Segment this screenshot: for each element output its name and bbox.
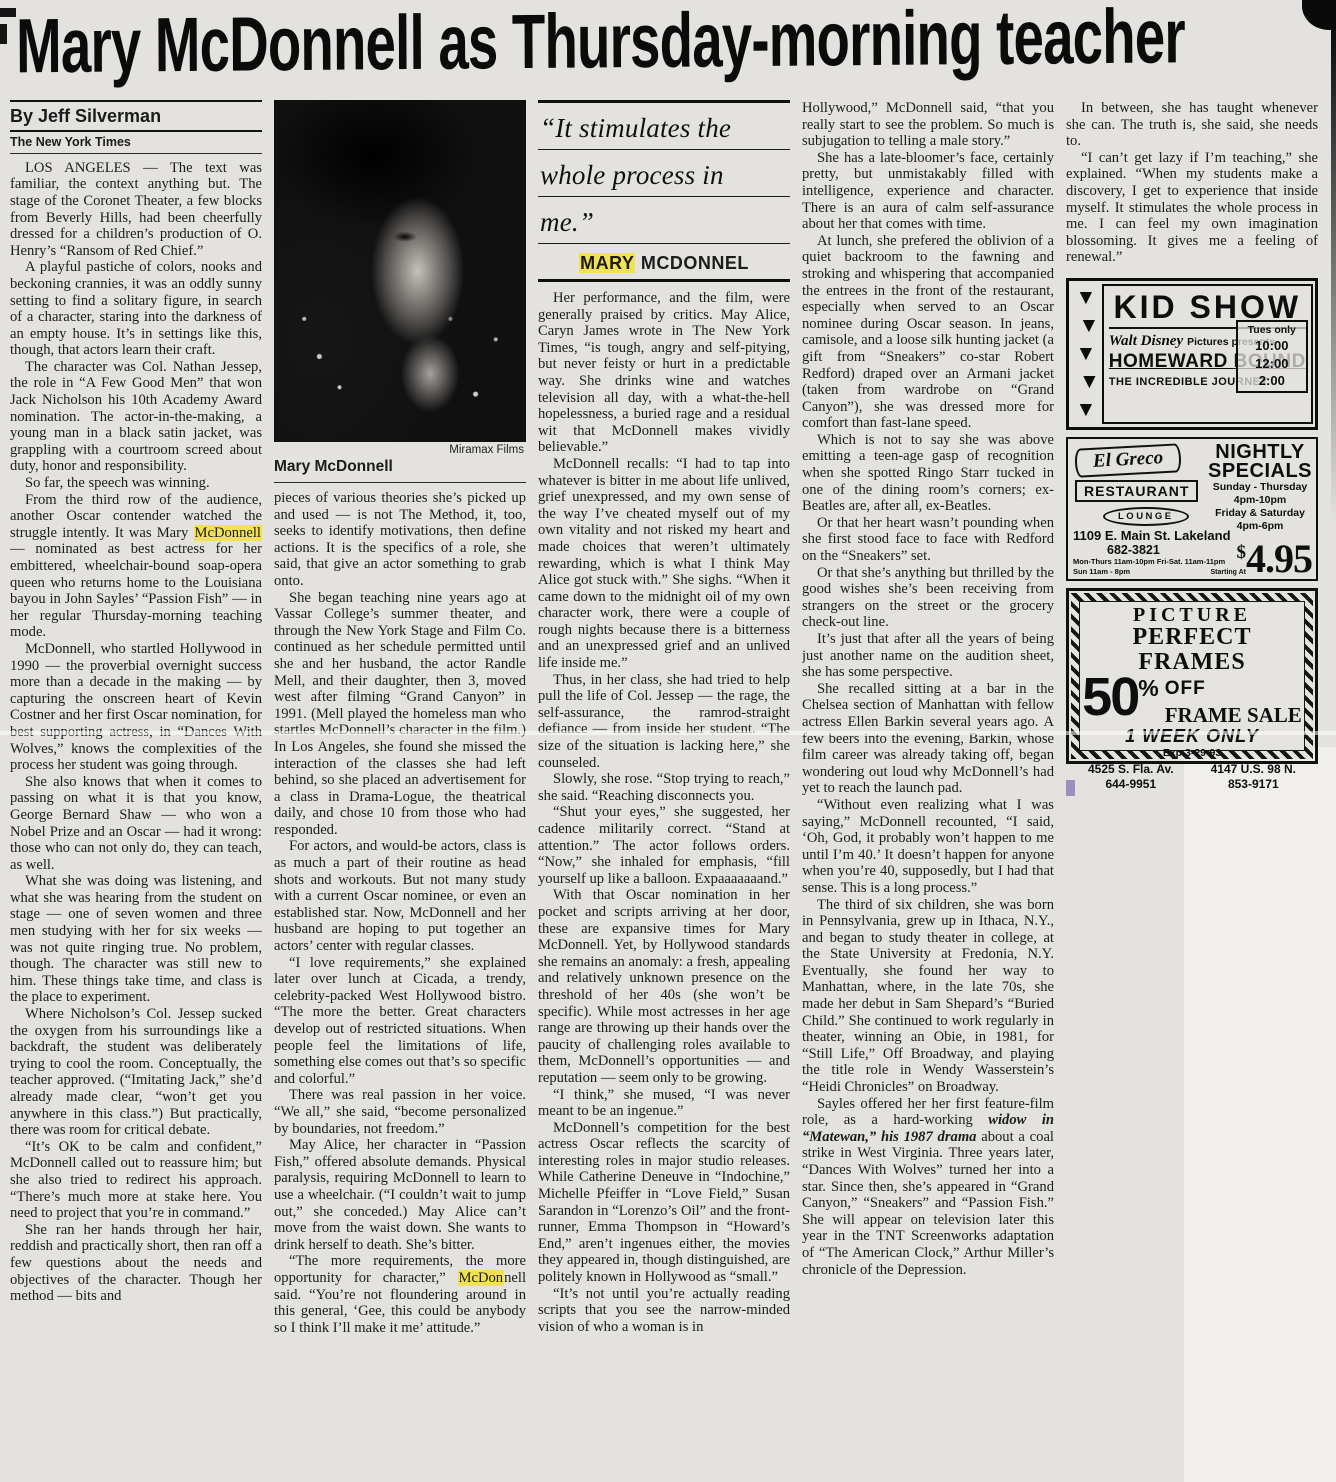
byline-block: By Jeff Silverman The New York Times <box>10 100 262 154</box>
triangle-icon: ▼ <box>1079 371 1100 392</box>
pull-quote-attribution: MARY MCDONNEL <box>538 244 790 282</box>
showtime: 10:00 <box>1240 337 1304 355</box>
paragraph: “I can’t get lazy if I’m teaching,” she … <box>1066 150 1318 266</box>
paragraph: McDonnell’s competition for the best act… <box>538 1120 790 1286</box>
locations: 4525 S. Fla. Av. 644-9951 4147 U.S. 98 N… <box>1082 760 1302 792</box>
discount-row: 50 % OFF FRAME SALE <box>1082 675 1302 726</box>
text-segment: McDonnell recalls: “I had to tap into wh… <box>538 456 790 671</box>
paragraph: She began teaching nine years ago at Vas… <box>274 590 526 839</box>
text-segment: Her performance, and the film, were gene… <box>538 290 790 455</box>
text-segment: Hollywood,” McDonnell said, “that you re… <box>802 100 1054 149</box>
location: 4525 S. Fla. Av. 644-9951 <box>1088 762 1174 792</box>
photo-credit: Miramax Films <box>274 442 526 456</box>
paragraph: Where Nicholson’s Col. Jessep sucked the… <box>10 1006 262 1139</box>
off-sale-group: OFF FRAME SALE <box>1165 675 1302 726</box>
text-segment: With that Oscar nomination in her pocket… <box>538 887 790 1086</box>
showtimes-box: Tues only 10:00 12:00 2:00 <box>1236 320 1308 393</box>
paragraph: She has a late-bloomer’s face, certainly… <box>802 150 1054 233</box>
scan-artifact-mark <box>0 8 16 17</box>
text-segment: Which is not to say she was above emitti… <box>802 432 1054 514</box>
triangle-icon: ▼ <box>1076 287 1097 308</box>
triangle-icon-strip: ▼ ▼ ▼ ▼ ▼ <box>1072 284 1100 424</box>
photo-caption: Mary McDonnell <box>274 456 526 483</box>
scan-artifact-mark <box>1066 780 1075 796</box>
text-segment: She also knows that when it comes to pas… <box>10 774 262 873</box>
text-segment: In between, she has taught whenever she … <box>1066 100 1318 149</box>
highlighted-text: McDonnell <box>194 525 262 541</box>
paragraph: Hollywood,” McDonnell said, “that you re… <box>802 100 1054 150</box>
paragraph: Slowly, she rose. “Stop trying to reach,… <box>538 771 790 804</box>
text-segment: What she was doing was listening, and wh… <box>10 873 262 1005</box>
photo-mary-mcdonnell <box>274 100 526 442</box>
text-segment: “I think,” she mused, “I was never meant… <box>538 1087 790 1120</box>
text-segment: LOS ANGELES — The text was familiar, the… <box>10 160 262 259</box>
paragraph: “I love requirements,” she explained lat… <box>274 955 526 1088</box>
photo-block: Miramax Films Mary McDonnell <box>274 100 526 483</box>
price-amount: 4.95 <box>1246 536 1312 581</box>
column-4: Hollywood,” McDonnell said, “that you re… <box>802 100 1054 1482</box>
text-segment: The third of six children, she was born … <box>802 897 1054 1096</box>
text-segment: May Alice, her character in “Passion Fis… <box>274 1137 526 1253</box>
page-title: Mary McDonnell as Thursday-morning teach… <box>16 0 1185 90</box>
text-segment: So far, the speech was winning. <box>25 475 210 491</box>
paragraph: There was real passion in her voice. “We… <box>274 1087 526 1137</box>
phone-number: 644-9951 <box>1088 777 1174 792</box>
paragraph: What she was doing was listening, and wh… <box>10 873 262 1006</box>
column-1: By Jeff Silverman The New York Times LOS… <box>10 100 262 1482</box>
article-text: Hollywood,” McDonnell said, “that you re… <box>802 100 1054 1278</box>
paragraph: Her performance, and the film, were gene… <box>538 290 790 456</box>
paragraph: “It’s not until you’re actually reading … <box>538 1286 790 1336</box>
paragraph: Or that she’s anything but thrilled by t… <box>802 565 1054 631</box>
off-text: OFF <box>1165 679 1206 698</box>
paragraph: The third of six children, she was born … <box>802 897 1054 1096</box>
highlighted-text: McDon <box>458 1270 505 1286</box>
byline-source: The New York Times <box>10 132 262 154</box>
highlighted-name: MARY <box>579 253 635 273</box>
text-segment: McDonnell’s competition for the best act… <box>538 1120 790 1285</box>
paragraph: She recalled sitting at a bar in the Che… <box>802 681 1054 797</box>
price: Starting At$4.95 <box>1211 542 1313 577</box>
pull-quote-line: me.” <box>538 197 790 244</box>
text-segment: Or that she’s anything but thrilled by t… <box>802 565 1054 631</box>
text-segment: Thus, in her class, she had tried to hel… <box>538 672 790 771</box>
paragraph: “Shut your eyes,” she suggested, her cad… <box>538 804 790 887</box>
text-segment: She recalled sitting at a bar in the Che… <box>802 681 1054 797</box>
scan-artifact-band <box>0 731 1336 735</box>
paragraph: pieces of various theories she’s picked … <box>274 490 526 590</box>
specials-hours: 4pm-10pm <box>1207 494 1313 507</box>
price-label: Starting At <box>1211 569 1237 577</box>
paragraph: From the third row of the audience, anot… <box>10 492 262 641</box>
text-segment: “I love requirements,” she explained lat… <box>274 955 526 1087</box>
pull-quote-line: whole process in <box>538 150 790 197</box>
address: 4147 U.S. 98 N. <box>1211 762 1296 777</box>
paragraph: “I think,” she mused, “I was never meant… <box>538 1087 790 1120</box>
paragraph: McDonnell, who startled Hollywood in 199… <box>10 641 262 774</box>
kid-show-inner: KID SHOW Walt DisneyPictures presents HO… <box>1102 284 1313 424</box>
article-text: Her performance, and the film, were gene… <box>538 290 790 1335</box>
phone-number: 853-9171 <box>1211 777 1296 792</box>
scan-artifact-edge <box>1331 24 1336 524</box>
paragraph: Or that her heart wasn’t pounding when s… <box>802 515 1054 565</box>
restaurant-sign: RESTAURANT <box>1075 480 1198 502</box>
text-segment: She began teaching nine years ago at Vas… <box>274 590 526 838</box>
triangle-icon: ▼ <box>1076 343 1097 364</box>
article-columns: By Jeff Silverman The New York Times LOS… <box>10 100 1318 1482</box>
text-segment: “Shut your eyes,” she suggested, her cad… <box>538 804 790 886</box>
paragraph: She also knows that when it comes to pas… <box>10 774 262 874</box>
showtimes-label: Tues only <box>1240 323 1304 337</box>
pull-quote-line: “It stimulates the <box>538 103 790 150</box>
text-segment: “It’s OK to be calm and confident,” McDo… <box>10 1139 262 1221</box>
text-segment: Or that her heart wasn’t pounding when s… <box>802 515 1054 564</box>
text-segment: Where Nicholson’s Col. Jessep sucked the… <box>10 1006 262 1138</box>
paragraph: The character was Col. Nathan Jessep, th… <box>10 359 262 475</box>
percent-sign: % <box>1138 677 1158 700</box>
paragraph: Sayles offered her her first feature-fil… <box>802 1096 1054 1279</box>
paragraph: So far, the speech was winning. <box>10 475 262 492</box>
text-segment: — nominated as best actress for her embi… <box>10 541 262 640</box>
specials-days: Friday & Saturday <box>1207 507 1313 520</box>
article-text: In between, she has taught whenever she … <box>1066 100 1318 266</box>
text-segment: about a coal strike in West Virginia. Th… <box>802 1129 1054 1278</box>
el-greco-name-sign: El Greco <box>1074 443 1182 478</box>
text-segment: “I can’t get lazy if I’m teaching,” she … <box>1066 150 1318 266</box>
showtime: 2:00 <box>1240 372 1304 390</box>
triangle-icon: ▼ <box>1076 399 1097 420</box>
ad-el-greco-restaurant: El Greco RESTAURANT LOUNGE NIGHTLY SPECI… <box>1066 437 1318 581</box>
discount-percent: 50 <box>1082 675 1138 721</box>
frames-title: PICTURE <box>1082 605 1302 625</box>
ad-picture-perfect-frames: PICTURE PERFECT FRAMES 50 % OFF FRAME SA… <box>1066 588 1318 764</box>
text-segment: It’s just that after all the years of be… <box>802 631 1054 680</box>
text-segment: At lunch, she prefered the oblivion of a… <box>802 233 1054 432</box>
pull-quote: “It stimulates the whole process in me.”… <box>538 100 790 282</box>
ad-kid-show: ▼ ▼ ▼ ▼ ▼ KID SHOW Walt DisneyPictures p… <box>1066 278 1318 430</box>
text-segment: She has a late-bloomer’s face, certainly… <box>802 150 1054 232</box>
text-segment: “It’s not until you’re actually reading … <box>538 1286 790 1335</box>
paragraph: Thus, in her class, she had tried to hel… <box>538 672 790 772</box>
el-greco-signs: El Greco RESTAURANT LOUNGE <box>1075 446 1215 526</box>
paragraph: It’s just that after all the years of be… <box>802 631 1054 681</box>
paragraph: At lunch, she prefered the oblivion of a… <box>802 233 1054 432</box>
column-5: In between, she has taught whenever she … <box>1066 100 1318 1482</box>
sale-text: FRAME SALE <box>1165 705 1302 726</box>
text-segment: pieces of various theories she’s picked … <box>274 490 526 589</box>
text-segment: For actors, and would-be actors, class i… <box>274 838 526 954</box>
paragraph: For actors, and would-be actors, class i… <box>274 838 526 954</box>
paragraph: “Without even realizing what I was sayin… <box>802 797 1054 897</box>
scan-artifact-mark <box>0 24 7 44</box>
expiration-date: Exp 3-29-93 <box>1082 747 1302 760</box>
paragraph: May Alice, her character in “Passion Fis… <box>274 1137 526 1253</box>
paragraph: LOS ANGELES — The text was familiar, the… <box>10 160 262 260</box>
text-segment: McDonnell, who startled Hollywood in 199… <box>10 641 262 773</box>
text-segment: Slowly, she rose. “Stop trying to reach,… <box>538 771 790 804</box>
triangle-icon: ▼ <box>1079 315 1100 336</box>
el-greco-contact: 1109 E. Main St. Lakeland 682-3821 Mon-T… <box>1073 528 1312 577</box>
column-2: Miramax Films Mary McDonnell pieces of v… <box>274 100 526 1482</box>
location: 4147 U.S. 98 N. 853-9171 <box>1211 762 1296 792</box>
specials-title: SPECIALS <box>1207 462 1313 481</box>
frames-ad-inner: PICTURE PERFECT FRAMES 50 % OFF FRAME SA… <box>1079 601 1305 751</box>
text-segment: The character was Col. Nathan Jessep, th… <box>10 359 262 475</box>
text-segment: She ran her hands through her hair, redd… <box>10 1222 262 1304</box>
text-segment: A playful pastiche of colors, nooks and … <box>10 259 262 358</box>
currency-sign: $ <box>1237 542 1247 563</box>
showtime: 12:00 <box>1240 355 1304 373</box>
paragraph: McDonnell recalls: “I had to tap into wh… <box>538 456 790 672</box>
text-segment: There was real passion in her voice. “We… <box>274 1087 526 1136</box>
text-segment: “Without even realizing what I was sayin… <box>802 797 1054 896</box>
paragraph: “It’s OK to be calm and confident,” McDo… <box>10 1139 262 1222</box>
newspaper-page: Mary McDonnell as Thursday-morning teach… <box>0 0 1336 1482</box>
column-3: “It stimulates the whole process in me.”… <box>538 100 790 1482</box>
disney-logo: Walt Disney <box>1109 333 1183 349</box>
paragraph: She ran her hands through her hair, redd… <box>10 1222 262 1305</box>
paragraph: “The more requirements, the more opportu… <box>274 1253 526 1336</box>
attribution-rest: MCDONNEL <box>635 253 749 273</box>
paragraph: Which is not to say she was above emitti… <box>802 432 1054 515</box>
lounge-sign: LOUNGE <box>1103 507 1189 526</box>
nightly-specials: NIGHTLY SPECIALS Sunday - Thursday 4pm-1… <box>1207 443 1313 534</box>
address: 4525 S. Fla. Av. <box>1088 762 1174 777</box>
byline-author: By Jeff Silverman <box>10 102 262 132</box>
paragraph: In between, she has taught whenever she … <box>1066 100 1318 150</box>
article-text: pieces of various theories she’s picked … <box>274 490 526 1336</box>
specials-days: Sunday - Thursday <box>1207 481 1313 494</box>
paragraph: With that Oscar nomination in her pocket… <box>538 887 790 1086</box>
paragraph: A playful pastiche of colors, nooks and … <box>10 259 262 359</box>
